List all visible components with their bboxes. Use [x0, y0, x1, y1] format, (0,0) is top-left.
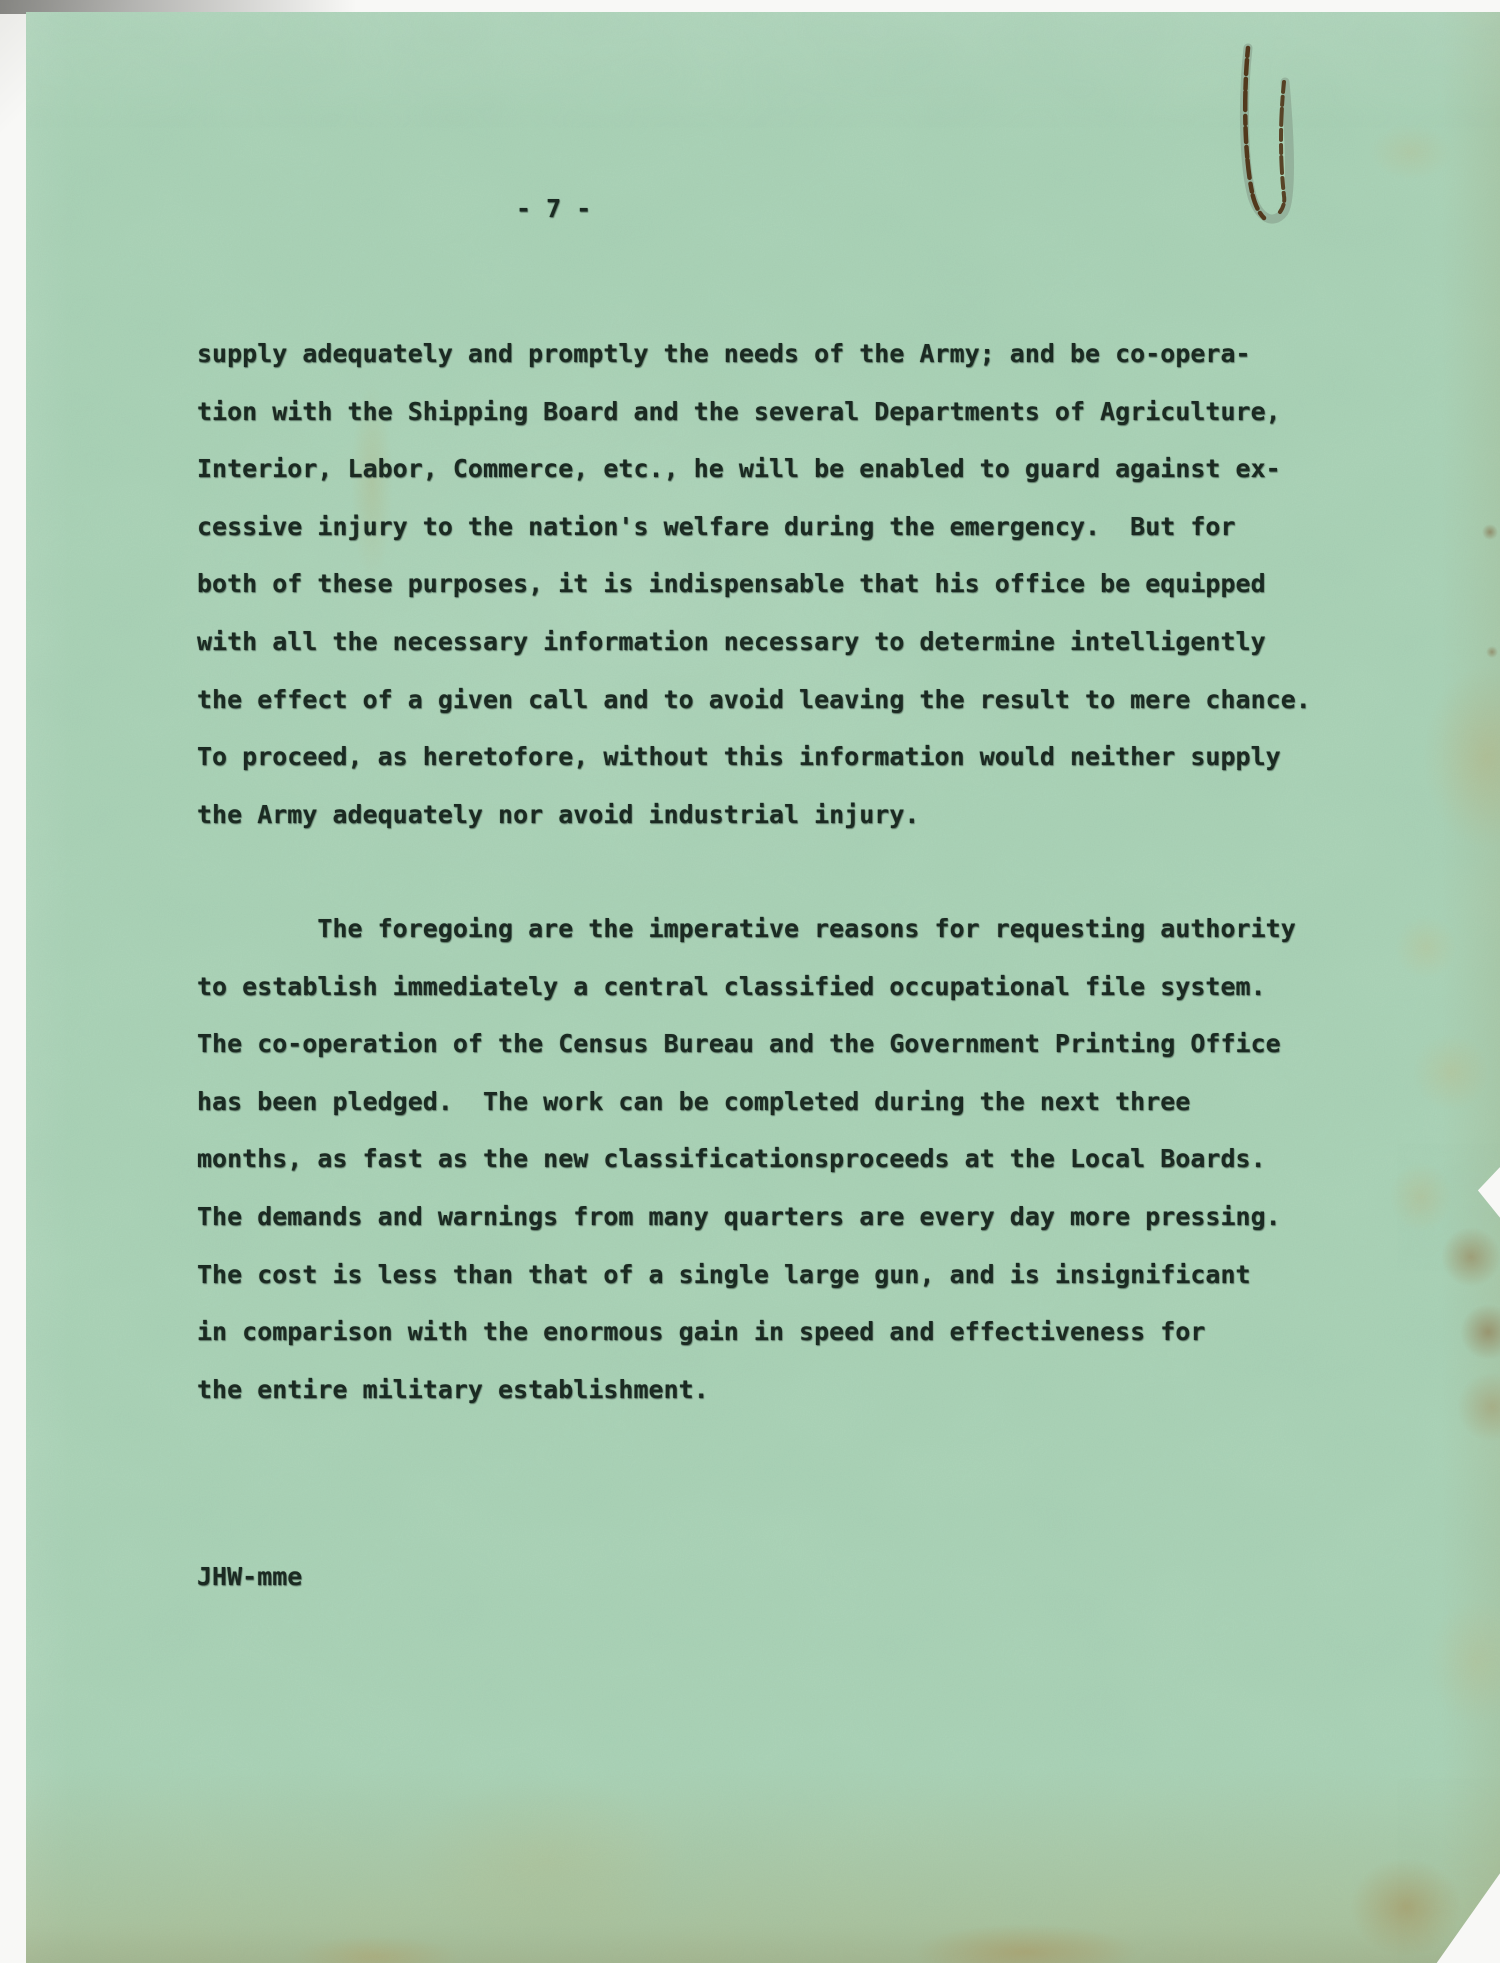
- paragraph-2: The foregoing are the imperative reasons…: [197, 900, 1296, 1418]
- page-number: - 7 -: [516, 180, 591, 238]
- paperclip-rust-mark: [1238, 40, 1328, 235]
- typist-initials: JHW-mme: [197, 1548, 302, 1606]
- document-page: - 7 - supply adequately and promptly the…: [26, 12, 1500, 1963]
- scan-background: - 7 - supply adequately and promptly the…: [0, 0, 1500, 1963]
- paragraph-1: supply adequately and promptly the needs…: [197, 325, 1311, 843]
